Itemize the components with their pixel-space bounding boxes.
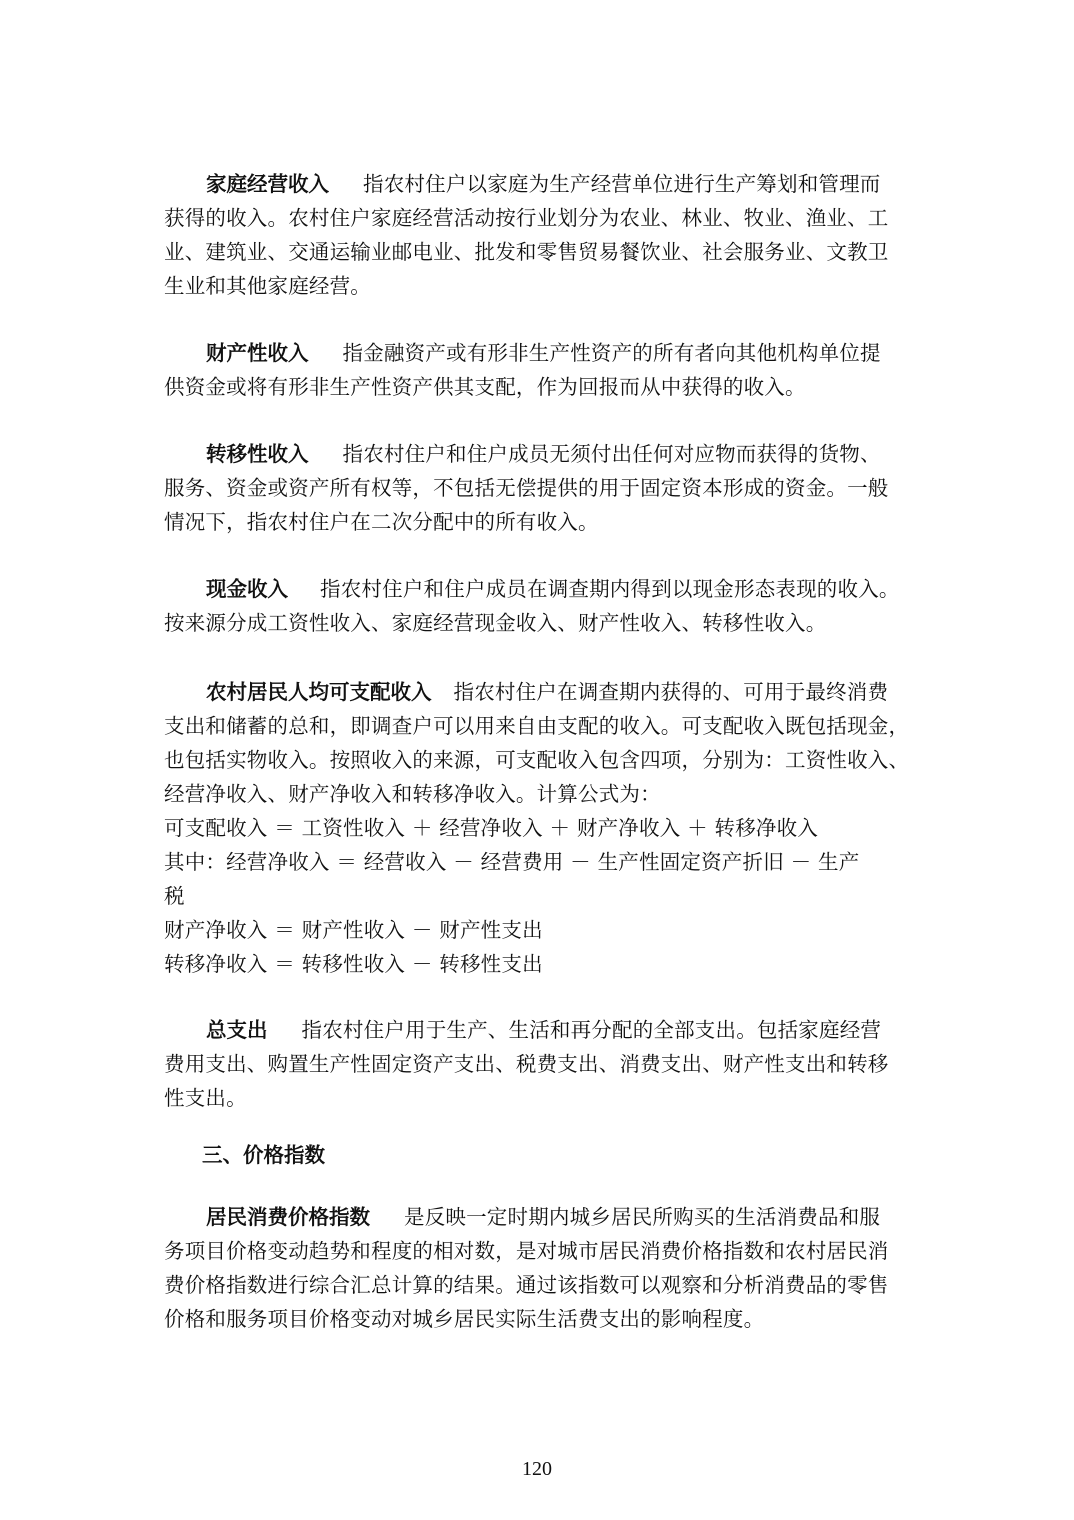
text-line: 指农村住户在调查期内获得的、可用于最终消费 [454,680,889,704]
term-label: 现金收入 [206,577,288,601]
term-label: 转移性收入 [206,442,309,466]
page-number: 120 [0,1458,1074,1481]
text-line: 指农村住户和住户成员在调查期内得到以现金形态表现的收入。 [320,577,900,601]
text-line: 费用支出、购置生产性固定资产支出、税费支出、消费支出、财产性支出和转移 [164,1052,889,1076]
text-line: 情况下，指农村住户在二次分配中的所有收入。 [164,510,599,534]
text-line: 也包括实物收入。按照收入的来源，可支配收入包含四项，分别为：工资性收入、 [164,748,909,772]
term-label: 家庭经营收入 [206,172,329,196]
definition-first-line: 财产性收入指金融资产或有形非生产性资产的所有者向其他机构单位提 [206,341,881,365]
definition-first-line: 总支出指农村住户用于生产、生活和再分配的全部支出。包括家庭经营 [206,1018,881,1042]
term-label: 总支出 [206,1018,268,1042]
formula-line: 财产净收入 ＝ 财产性收入 － 财产性支出 [164,918,543,942]
term-label: 财产性收入 [206,341,309,365]
definition-first-line: 居民消费价格指数是反映一定时期内城乡居民所购买的生活消费品和服 [206,1205,880,1229]
text-line: 经营净收入、财产净收入和转移净收入。计算公式为： [164,782,661,806]
text-line: 生业和其他家庭经营。 [164,274,371,298]
definition-first-line: 现金收入指农村住户和住户成员在调查期内得到以现金形态表现的收入。 [206,577,900,601]
text-line: 价格和服务项目价格变动对城乡居民实际生活费支出的影响程度。 [164,1307,764,1331]
formula-line: 税 [164,884,185,908]
text-line: 性支出。 [164,1086,247,1110]
text-line: 务项目价格变动趋势和程度的相对数，是对城市居民消费价格指数和农村居民消 [164,1239,889,1263]
formula-line: 可支配收入 ＝ 工资性收入 ＋ 经营净收入 ＋ 财产净收入 ＋ 转移净收入 [164,816,818,840]
formula-line: 其中：经营净收入 ＝ 经营收入 － 经营费用 － 生产性固定资产折旧 － 生产 [164,850,859,874]
text-line: 获得的收入。农村住户家庭经营活动按行业划分为农业、林业、牧业、渔业、工 [164,206,889,230]
text-line: 指农村住户用于生产、生活和再分配的全部支出。包括家庭经营 [302,1018,882,1042]
text-line: 指农村住户以家庭为生产经营单位进行生产筹划和管理而 [363,172,881,196]
definition-first-line: 转移性收入指农村住户和住户成员无须付出任何对应物而获得的货物、 [206,442,881,466]
text-line: 供资金或将有形非生产性资产供其支配，作为回报而从中获得的收入。 [164,375,806,399]
text-line: 业、建筑业、交通运输业邮电业、批发和零售贸易餐饮业、社会服务业、文教卫 [164,240,889,264]
definition-first-line: 农村居民人均可支配收入指农村住户在调查期内获得的、可用于最终消费 [206,680,888,704]
definition-first-line: 家庭经营收入指农村住户以家庭为生产经营单位进行生产筹划和管理而 [206,172,881,196]
term-label: 农村居民人均可支配收入 [206,680,432,704]
text-line: 按来源分成工资性收入、家庭经营现金收入、财产性收入、转移性收入。 [164,611,826,635]
term-label: 居民消费价格指数 [206,1205,370,1229]
formula-line: 转移净收入 ＝ 转移性收入 － 转移性支出 [164,952,543,976]
text-line: 费价格指数进行综合汇总计算的结果。通过该指数可以观察和分析消费品的零售 [164,1273,889,1297]
text-line: 是反映一定时期内城乡居民所购买的生活消费品和服 [404,1205,880,1229]
text-line: 支出和储蓄的总和，即调查户可以用来自由支配的收入。可支配收入既包括现金， [164,714,909,738]
text-line: 指金融资产或有形非生产性资产的所有者向其他机构单位提 [343,341,881,365]
text-line: 指农村住户和住户成员无须付出任何对应物而获得的货物、 [343,442,881,466]
section-heading: 三、价格指数 [202,1143,325,1167]
text-line: 服务、资金或资产所有权等，不包括无偿提供的用于固定资本形成的资金。一般 [164,476,889,500]
